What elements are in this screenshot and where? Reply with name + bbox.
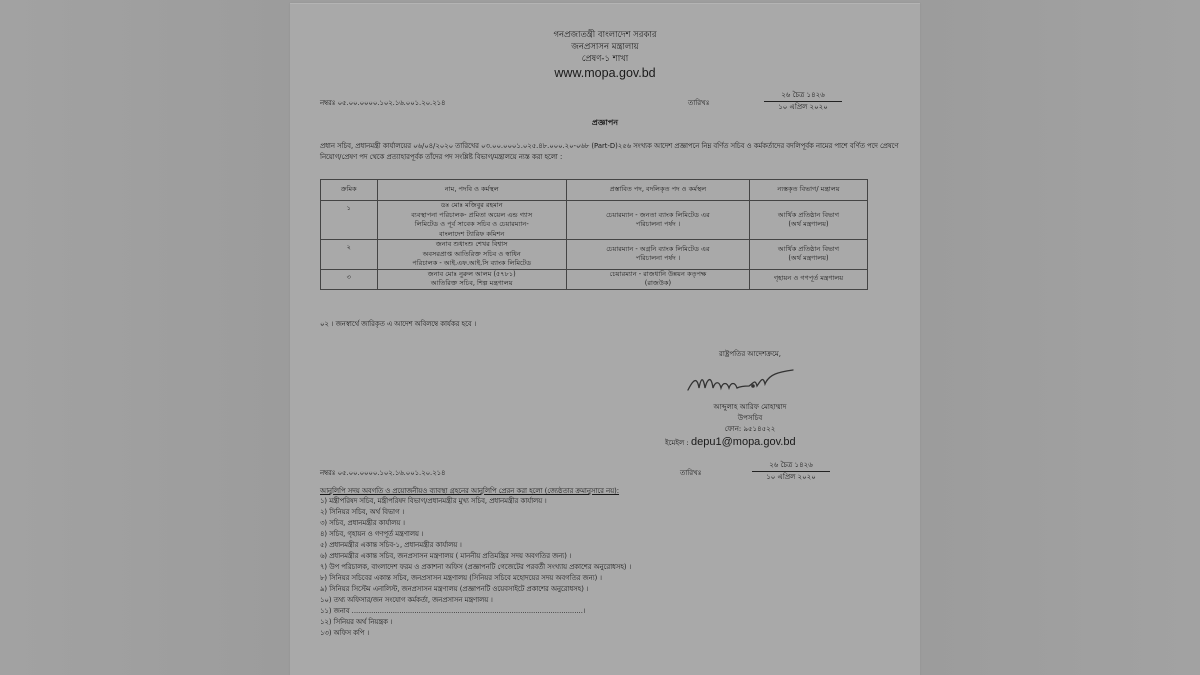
col-post: প্রস্তাবিত পদ, বদলিকৃত পদ ও কর্মস্থল <box>566 180 749 201</box>
clause-2: ০২ । জনস্বার্থে জারিকৃত এ আদেশ অবিলম্বে … <box>320 319 900 330</box>
signatory-email-line: ইমেইল : depu1@mopa.gov.bd <box>665 436 796 449</box>
notice-title: প্রজ্ঞাপন <box>290 117 920 130</box>
cell-line: (অর্থ মন্ত্রণালয়) <box>753 254 864 264</box>
date-block: ২৬ চৈত্র ১৪২৬ ১০ এপ্রিল ২০২০ <box>764 90 842 112</box>
date-label: তারিখঃ <box>688 97 709 109</box>
table-row: ২জনাব শুধাংশু শেখর বিশ্বাসঅবসরপ্রাপ্ত আত… <box>321 240 868 270</box>
cell-line: গৃহায়ন ও গণপূর্ত মন্ত্রণালয় <box>753 274 864 284</box>
cell-serial: ২ <box>321 240 378 270</box>
cell-post: চেয়ারম্যান - জনতা ব্যাংক লিমিটেড এরপরিচ… <box>566 201 749 240</box>
copy-recipient-item: ২) সিনিয়র সচিব, অর্থ বিভাগ । <box>320 507 631 518</box>
cell-line: অবসরপ্রাপ্ত আতিরিক্ত সচিব ও স্বাধিন <box>381 250 563 260</box>
intro-paragraph: প্রধান সচিব, প্রধানমন্ত্রী কার্যালয়ের ০… <box>320 141 900 163</box>
background-right <box>920 0 1200 675</box>
copy-recipient-item: ৮) সিনিয়র সচিবের একান্ত সচিব, জনপ্রসাসন… <box>320 573 631 584</box>
letterhead: গনপ্রজাতন্ত্রী বাংলাদেশ সরকার জনপ্রসাসন … <box>290 29 920 81</box>
col-serial: ক্রমিক <box>321 180 378 201</box>
cell-line: (অর্থ মন্ত্রণালয়) <box>753 220 864 230</box>
signatory: আব্দুলাহ আরিফ মোহাম্মাদ উপসচিব ফোন: ৯৫১৪… <box>650 402 850 435</box>
cell-serial: ৩ <box>321 269 378 289</box>
copy-recipient-item: ৩) সচিব, প্রধানমন্ত্রীর কার্যালয় । <box>320 518 631 529</box>
cell-name: ডঃ মোঃ মজিবুর রহমানব্যবস্থাপনা পরিচালক- … <box>377 201 566 240</box>
table-row: ৩জনাব মোঃ নুরুল আলম (৫৭৮১)আতিরিক্ত সচিব,… <box>321 269 868 289</box>
col-department: ন্যস্তকৃত বিভাগ/ মন্ত্রালয় <box>750 180 868 201</box>
cell-line: আর্থিক প্রতিষ্ঠান বিভাগ <box>753 211 864 221</box>
copy-recipient-item: ১) মন্ত্রীপরিষদ সচিব, মন্ত্রীপরিষদ বিভাগ… <box>320 496 631 507</box>
cell-line: জনাব শুধাংশু শেখর বিশ্বাস <box>381 240 563 250</box>
cell-line: বাংলাদেশ ট্যারিফ কমিশন <box>381 230 563 240</box>
order-line: রাষ্ট্রপতির আদেশক্রমে, <box>650 349 850 360</box>
serial-number: ৩ <box>347 273 351 281</box>
copy-recipient-item: ৪) সচিব, গৃহায়ন ও গণপূর্ত মন্ত্রণালয় । <box>320 529 631 540</box>
signatory-name: আব্দুলাহ আরিফ মোহাম্মাদ <box>650 402 850 413</box>
table-row: ১ডঃ মোঃ মজিবুর রহমানব্যবস্থাপনা পরিচালক-… <box>321 201 868 240</box>
cell-line: আতিরিক্ত সচিব, শিল্প মন্ত্রণালয় <box>381 279 563 289</box>
email-label: ইমেইল : <box>665 439 689 447</box>
cell-department: আর্থিক প্রতিষ্ঠান বিভাগ(অর্থ মন্ত্রণালয়… <box>750 240 868 270</box>
cell-line: পরিচালক - আই.এফ.আই.সি ব্যাংক লিমিটেড <box>381 259 563 269</box>
date-english: ১০ এপ্রিল ২০২০ <box>764 102 842 112</box>
memo-number: নম্বরঃ ০৫.০০.০০০০.১০২.১৬.০০১.২০.২১৪ <box>320 97 445 109</box>
cell-line: পরিচালনা পর্ষদ । <box>570 254 746 264</box>
copy-recipient-item: ১১) জনাব ...............................… <box>320 606 631 617</box>
copy-date-block: ২৬ চৈত্র ১৪২৬ ১০ এপ্রিল ২০২০ <box>752 460 830 482</box>
ministry-name: জনপ্রসাসন মন্ত্রালায় <box>290 41 920 53</box>
signatory-designation: উপসচিব <box>650 413 850 424</box>
cell-line: ডঃ মোঃ মজিবুর রহমান <box>381 201 563 211</box>
copy-recipient-list: ১) মন্ত্রীপরিষদ সচিব, মন্ত্রীপরিষদ বিভাগ… <box>320 496 631 639</box>
copy-recipient-item: ১২) সিনিয়র অর্থ নিয়ন্ত্রক । <box>320 617 631 628</box>
copy-memo-number: নম্বরঃ ০৫.০০.০০০০.১০২.১৬.০০১.২০.২১৪ <box>320 467 445 479</box>
cell-line: লিমিটেড ও পূর্ব সাবেক সচিব ও চেয়ারম্যান… <box>381 220 563 230</box>
signatory-phone: ফোন: ৯৫১৪৫২২ <box>650 424 850 435</box>
transfer-table: ক্রমিক নাম, পদবি ও কর্মস্থল প্রস্তাবিত প… <box>320 179 868 290</box>
branch-name: প্রেষণ-১ শাখা <box>290 53 920 65</box>
cell-department: আর্থিক প্রতিষ্ঠান বিভাগ(অর্থ মন্ত্রণালয়… <box>750 201 868 240</box>
copy-recipient-item: ১৩) অফিস কপি । <box>320 628 631 639</box>
copy-recipient-item: ৫) প্রধানমন্ত্রীর একান্ত সচিব-১, প্রধানম… <box>320 540 631 551</box>
copy-date-label: তারিখঃ <box>680 467 701 479</box>
cell-name: জনাব মোঃ নুরুল আলম (৫৭৮১)আতিরিক্ত সচিব, … <box>377 269 566 289</box>
cell-post: চেয়ারম্যান - অগ্রনি ব্যাংক লিমিটেড এরপর… <box>566 240 749 270</box>
col-name: নাম, পদবি ও কর্মস্থল <box>377 180 566 201</box>
cell-line: (রাজউক) <box>570 279 746 289</box>
cell-line: চেয়ারম্যান - অগ্রনি ব্যাংক লিমিটেড এর <box>570 245 746 255</box>
website-link[interactable]: www.mopa.gov.bd <box>290 65 920 81</box>
document-page: গনপ্রজাতন্ত্রী বাংলাদেশ সরকার জনপ্রসাসন … <box>290 3 920 675</box>
cell-line: জনাব মোঃ নুরুল আলম (৫৭৮১) <box>381 270 563 280</box>
cell-line: আর্থিক প্রতিষ্ঠান বিভাগ <box>753 245 864 255</box>
cell-department: গৃহায়ন ও গণপূর্ত মন্ত্রণালয় <box>750 269 868 289</box>
cell-line: চেয়ারম্যান - রাজধানি উন্নয়ন কতৃপক্ষ <box>570 270 746 280</box>
date-bangla: ২৬ চৈত্র ১৪২৬ <box>764 90 842 102</box>
serial-number: ১ <box>347 204 351 212</box>
serial-number: ২ <box>347 243 351 251</box>
copy-recipient-item: ৬) প্রধানমন্ত্রীর একান্ত সচিব, জনপ্রসাসন… <box>320 551 631 562</box>
copy-date-bangla: ২৬ চৈত্র ১৪২৬ <box>752 460 830 472</box>
background-left <box>0 0 290 675</box>
cell-line: পরিচালনা পর্ষদ । <box>570 220 746 230</box>
copy-recipient-item: ৭) উপ পরিচালক, বাংলাদেশ ফরম ও প্রকাশনা অ… <box>320 562 631 573</box>
cell-post: চেয়ারম্যান - রাজধানি উন্নয়ন কতৃপক্ষ(রা… <box>566 269 749 289</box>
cell-line: ব্যবস্থাপনা পরিচালক- প্রমিতা অয়েল এন্ড … <box>381 211 563 221</box>
copy-recipient-item: ৯) সিনিয়র সিস্টেম এনালিস্ট, জনপ্রসাসন ম… <box>320 584 631 595</box>
cell-serial: ১ <box>321 201 378 240</box>
email-address[interactable]: depu1@mopa.gov.bd <box>691 436 796 448</box>
signature-image <box>683 366 803 396</box>
copy-recipient-item: ১০) তথ্য অফিসার/জন সংযোগ কর্মকর্তা, জনপ্… <box>320 595 631 606</box>
copy-date-english: ১০ এপ্রিল ২০২০ <box>752 472 830 482</box>
government-name: গনপ্রজাতন্ত্রী বাংলাদেশ সরকার <box>290 29 920 41</box>
cell-name: জনাব শুধাংশু শেখর বিশ্বাসঅবসরপ্রাপ্ত আতি… <box>377 240 566 270</box>
table-header-row: ক্রমিক নাম, পদবি ও কর্মস্থল প্রস্তাবিত প… <box>321 180 868 201</box>
cell-line: চেয়ারম্যান - জনতা ব্যাংক লিমিটেড এর <box>570 211 746 221</box>
